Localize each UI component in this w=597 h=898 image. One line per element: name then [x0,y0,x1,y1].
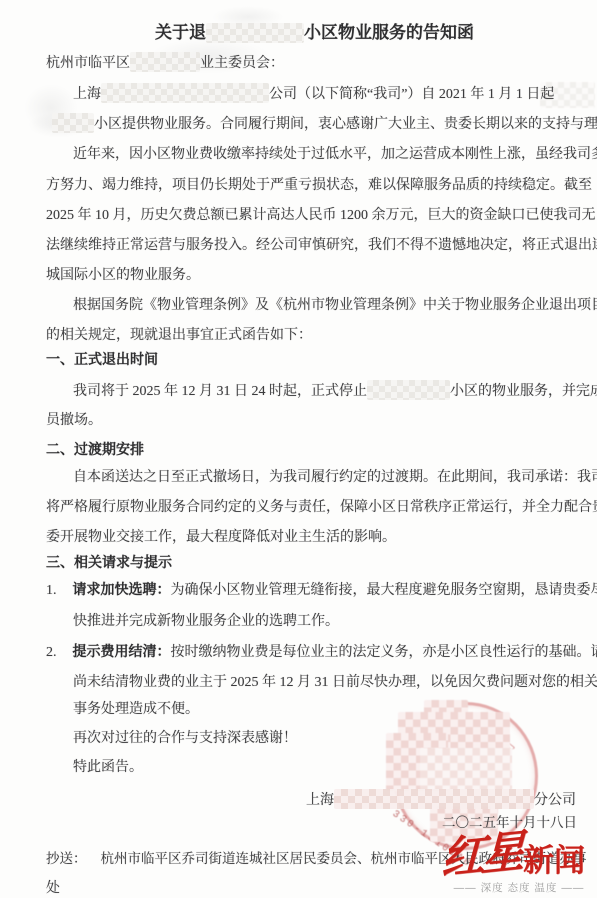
doc-text: 三、相关请求与提示 [46,556,172,571]
doc-text: 业主委员会： [200,56,284,71]
doc-text: 上海 [306,793,334,808]
doc-title: 关于退小区物业服务的告知函 [155,22,474,44]
section-heading-1: 一、正式退出时间 [46,350,158,372]
doc-text: 尚未结清物业费的业主于 2025 年 12 月 31 日前尽快办理，以免因欠费问… [73,675,597,690]
doc-text: 为确保小区物业管理无缝衔接，最大程度避免服务空窗期，恳请贵委尽 [171,583,597,598]
doc-text: 小区物业服务的告知函 [304,23,474,42]
doc-line: 根据国务院《物业管理条例》及《杭州市物业管理条例》中关于物业服务企业退出项目 [73,295,597,317]
doc-text: 杭州市临平区 [46,56,130,71]
doc-addressee: 杭州市临平区业主委员会： [46,52,284,74]
doc-text: 根据国务院《物业管理条例》及《杭州市物业管理条例》中关于物业服务企业退出项目 [73,298,597,313]
doc-text: 特此函告。 [73,760,143,775]
doc-text: 方努力、竭力维持，项目仍长期处于严重亏损状态，难以保障服务品质的持续稳定。截至 [46,178,592,193]
doc-line: 快推进并完成新物业服务企业的选聘工作。 [73,611,339,633]
doc-text: 2025 年 10 月，历史欠费总额已累计高达人民币 1200 余万元，巨大的资… [46,208,596,223]
doc-line: 委开展物业交接工作，最大程度降低对业主生活的影响。 [46,527,396,549]
redaction-blur [101,83,269,103]
cc-line-wrap: 处 [46,878,60,898]
doc-line: 员撤场。 [46,410,102,432]
doc-text: 小区提供物业服务。合同履行期间，衷心感谢广大业主、贵委长期以来的支持与理解。 [94,117,597,132]
doc-text: 提示费用结清： [73,645,171,660]
redaction-blur [52,113,94,133]
doc-line: 2025 年 10 月，历史欠费总额已累计高达人民币 1200 余万元，巨大的资… [46,205,596,227]
doc-line: 城国际小区的物业服务。 [46,265,200,287]
news-brand: 红星 新闻 [441,826,597,878]
doc-text: 的相关规定，现就退出事宜正式函告如下： [46,328,312,343]
doc-text: 委开展物业交接工作，最大程度降低对业主生活的影响。 [46,530,396,545]
doc-text: 处 [46,881,60,896]
doc-line: 法继续维持正常运营与服务投入。经公司审慎研究，我们不得不遗憾地决定，将正式退出连 [46,235,597,257]
redaction-blur [334,789,534,809]
doc-text: 抄送： [46,851,87,866]
doc-line: 上海公司（以下简称“我司”）自 2021 年 1 月 1 日起 [73,83,554,105]
signature-line: 上海分公司 [306,789,576,811]
redaction-blur [130,52,200,72]
redaction-blur [367,380,450,400]
doc-text: 上海 [73,87,101,102]
doc-line: 自本函送达之日至正式撤场日，为我司履行约定的过渡期。在此期间，我司承诺：我司 [73,467,597,489]
doc-line: 事务处理造成不便。 [73,699,199,721]
doc-text: 二、过渡期安排 [46,443,144,458]
news-watermark: 红星 新闻 —— 深度 态度 温度 —— [441,826,597,895]
redaction-blur [206,23,304,43]
document-page: 关于退小区物业服务的告知函杭州市临平区业主委员会：上海公司（以下简称“我司”）自… [0,0,597,898]
list-item-2: 2.提示费用结清：按时缴纳物业费是每位业主的法定义务，亦是小区良性运行的基础。请 [46,642,597,664]
doc-text: 自本函送达之日至正式撤场日，为我司履行约定的过渡期。在此期间，我司承诺：我司 [73,470,597,485]
doc-text: 快推进并完成新物业服务企业的选聘工作。 [73,614,339,629]
doc-line: 将严格履行原物业服务合同约定的义务与责任，保障小区日常秩序正常运行，并全力配合贵 [46,497,597,519]
doc-text: 2. [46,645,57,660]
doc-line: 方努力、竭力维持，项目仍长期处于严重亏损状态，难以保障服务品质的持续稳定。截至 [46,175,592,197]
section-heading-2: 二、过渡期安排 [46,440,144,462]
scanned-notice-document: 330-13101A8 公司 关于退小区物业服务的告知函杭州市临平区业主委员会：… [0,0,597,898]
doc-text: 1. [46,583,57,598]
doc-text: 小区的物业服务，并完成人 [450,384,597,399]
doc-line: 近年来，因小区物业费收缴率持续处于过低水平，加之运营成本刚性上涨，虽经我司多 [73,144,597,166]
doc-text: 公司（以下简称“我司”）自 2021 年 1 月 1 日起 [269,87,554,102]
brand-script-text: 红星 [440,830,521,883]
doc-line: 我司将于 2025 年 12 月 31 日 24 时起，正式停止小区的物业服务，… [73,380,597,402]
doc-line: 的相关规定，现就退出事宜正式函告如下： [46,325,312,347]
doc-text: 法继续维持正常运营与服务投入。经公司审慎研究，我们不得不遗憾地决定，将正式退出连 [46,238,597,253]
doc-line: 小区提供物业服务。合同履行期间，衷心感谢广大业主、贵委长期以来的支持与理解。 [52,113,597,135]
tagline-text: 深度 态度 温度 [481,880,558,895]
doc-text: 城国际小区的物业服务。 [46,268,200,283]
doc-line: 再次对过往的合作与支持深表感谢！ [73,728,297,750]
doc-text: 分公司 [534,793,576,808]
doc-text: 请求加快选聘： [73,583,171,598]
doc-text: 近年来，因小区物业费收缴率持续处于过低水平，加之运营成本刚性上涨，虽经我司多 [73,147,597,162]
doc-text: 关于退 [155,23,206,42]
doc-text: 按时缴纳物业费是每位业主的法定义务，亦是小区良性运行的基础。请 [171,645,597,660]
section-heading-3: 三、相关请求与提示 [46,553,172,575]
doc-text: 再次对过往的合作与支持深表感谢！ [73,731,297,746]
tagline-dash-right: —— [561,882,584,894]
doc-line: 特此函告。 [73,757,143,779]
doc-text: 事务处理造成不便。 [73,702,199,717]
doc-text: 员撤场。 [46,413,102,428]
brand-bold-text: 新闻 [523,844,585,878]
doc-text: 一、正式退出时间 [46,353,158,368]
doc-text: 我司将于 2025 年 12 月 31 日 24 时起，正式停止 [73,384,367,399]
doc-line: 尚未结清物业费的业主于 2025 年 12 月 31 日前尽快办理，以免因欠费问… [73,672,597,694]
list-item-1: 1.请求加快选聘：为确保小区物业管理无缝衔接，最大程度避免服务空窗期，恳请贵委尽 [46,580,597,602]
doc-text: 将严格履行原物业服务合同约定的义务与责任，保障小区日常秩序正常运行，并全力配合贵 [46,500,597,515]
